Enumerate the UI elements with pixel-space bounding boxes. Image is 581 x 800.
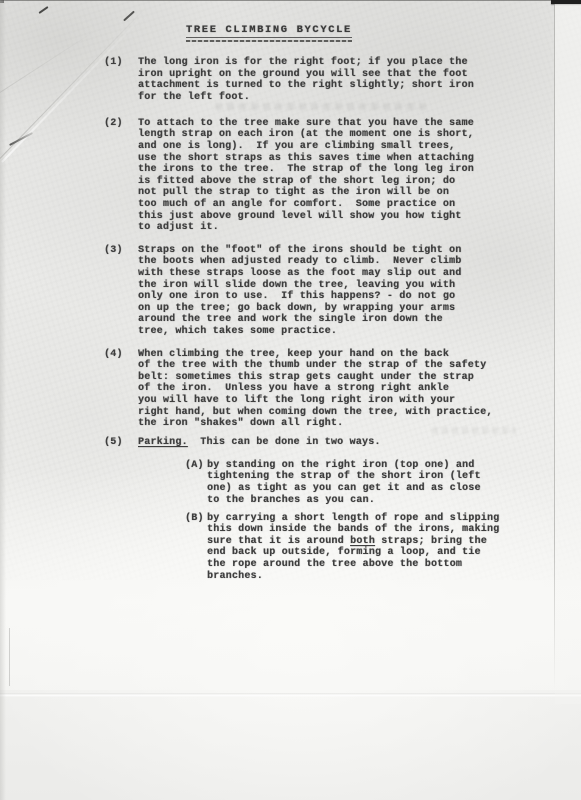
sublist-item-a: (A) by standing on the right iron (top o… — [185, 460, 548, 506]
item-number: (1) — [104, 57, 138, 103]
item-number: (5) — [104, 437, 138, 449]
list-item-3: (3) Straps on the "foot" of the irons sh… — [104, 245, 548, 338]
list-item-1: (1) The long iron is for the right foot;… — [104, 57, 548, 103]
paper-edge-line-right — [554, 4, 555, 690]
list-item-4: (4) When climbing the tree, keep your ha… — [104, 349, 548, 430]
item-number: (4) — [104, 349, 138, 430]
subitem-text: by carrying a short length of rope and s… — [207, 513, 548, 583]
subitem-text: by standing on the right iron (top one) … — [207, 460, 548, 506]
item-lead-underlined: Parking. — [138, 437, 188, 448]
list-item-5: (5) Parking. This can be done in two way… — [104, 437, 548, 449]
scan-edge-top — [0, 0, 581, 1]
item-text: When climbing the tree, keep your hand o… — [138, 349, 548, 430]
paper-edge-shadow-left — [0, 0, 6, 800]
document-title: TREE CLIMBING BYCYCLE — [186, 25, 352, 38]
item-text: The long iron is for the right foot; if … — [138, 57, 548, 103]
subitem-word-underlined: both — [350, 536, 375, 547]
document-title-block: TREE CLIMBING BYCYCLE — [186, 19, 352, 42]
item-number: (3) — [104, 245, 138, 338]
paper-edge-strip-right — [555, 4, 581, 704]
scanned-document-page: TREE CLIMBING BYCYCLE (1) The long iron … — [0, 0, 581, 800]
sublist-item-b: (B) by carrying a short length of rope a… — [185, 513, 548, 583]
document-body: (1) The long iron is for the right foot;… — [104, 57, 548, 582]
item-text: To attach to the tree make sure that you… — [138, 118, 548, 234]
subitem-label: (B) — [185, 513, 207, 583]
item-text: Parking. This can be done in two ways. — [138, 437, 548, 449]
fold-crease-horizontal — [0, 693, 581, 697]
item-lead-rest: This can be done in two ways. — [188, 437, 381, 448]
item-number: (2) — [104, 118, 138, 234]
list-item-2: (2) To attach to the tree make sure that… — [104, 118, 548, 234]
item-text: Straps on the "foot" of the irons should… — [138, 245, 548, 338]
title-double-underline — [186, 40, 352, 43]
subitem-label: (A) — [185, 460, 207, 506]
paper-edge-mark-left — [9, 628, 10, 686]
